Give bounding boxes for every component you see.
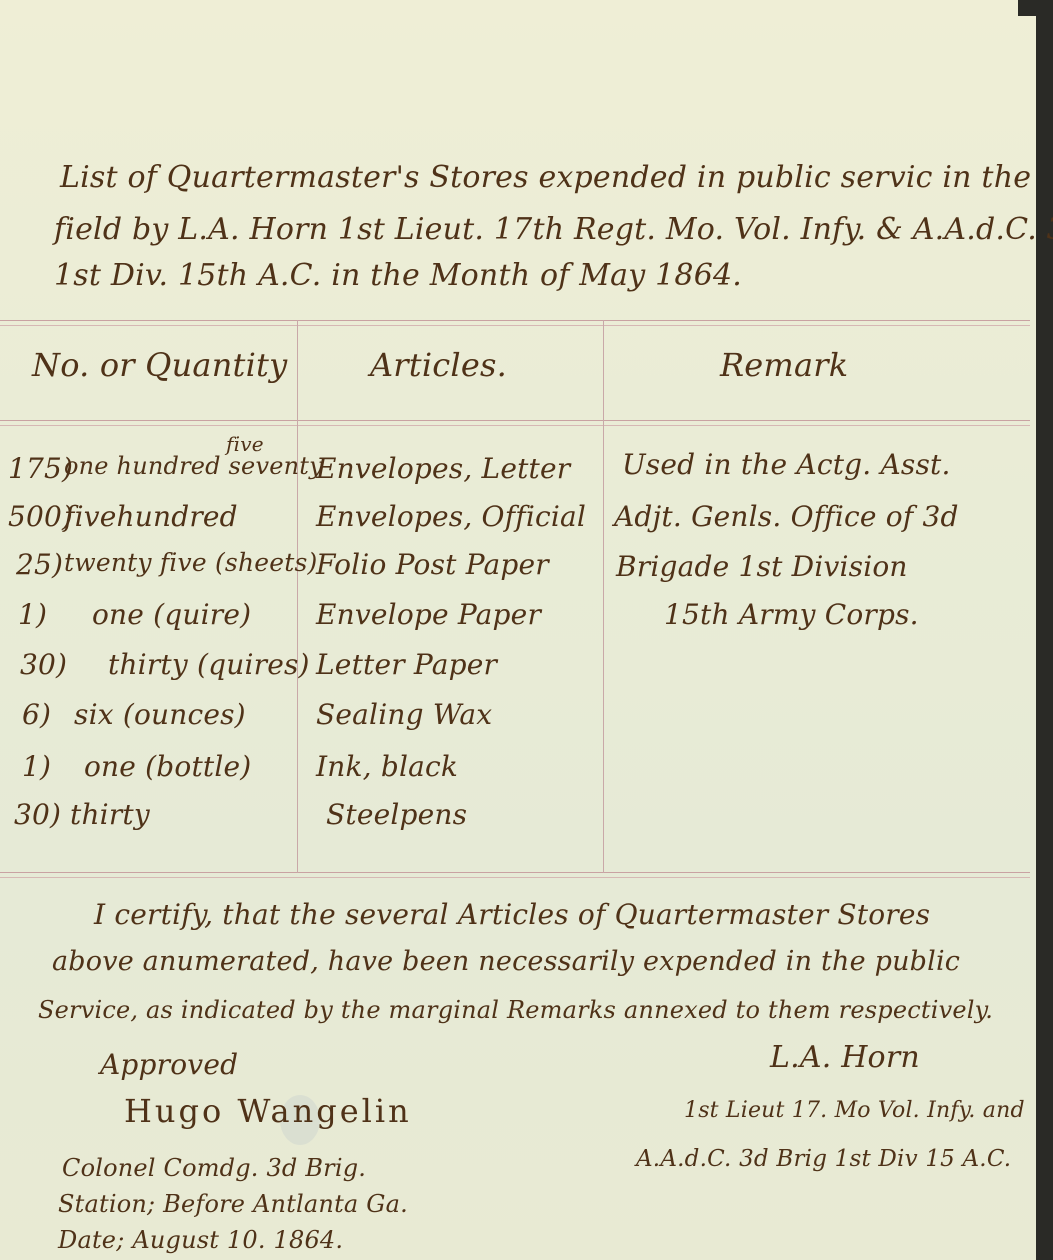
page-corner-notch (1018, 0, 1036, 16)
header-quantity: No. or Quantity (32, 346, 287, 384)
row-5-number: 30) (20, 648, 67, 681)
row-8-article: Steelpens (326, 798, 467, 831)
row-1-quantity: one hundred seventy (64, 452, 323, 480)
document-page: List of Quartermaster's Stores expended … (0, 0, 1036, 1260)
approver-signature: Hugo Wangelin (124, 1092, 412, 1130)
row-6-article: Sealing Wax (316, 698, 492, 731)
row-5-article: Letter Paper (316, 648, 497, 681)
date-line: Date; August 10. 1864. (58, 1226, 343, 1254)
table-top-rule (0, 320, 1030, 321)
approver-title: Colonel Comdg. 3d Brig. (62, 1154, 366, 1182)
row-7-number: 1) (22, 750, 51, 783)
row-8-quantity: thirty (70, 798, 150, 831)
signer-title-line-2: A.A.d.C. 3d Brig 1st Div 15 A.C. (636, 1146, 1011, 1172)
row-3-article: Folio Post Paper (316, 548, 549, 581)
row-6-number: 6) (22, 698, 51, 731)
certification-line-2: above anumerated, have been necessarily … (52, 946, 960, 977)
title-line-3: 1st Div. 15th A.C. in the Month of May 1… (54, 258, 742, 293)
certification-line-1: I certify, that the several Articles of … (94, 898, 930, 931)
title-line-2: field by L.A. Horn 1st Lieut. 17th Regt.… (54, 212, 1053, 247)
row-4-article: Envelope Paper (316, 598, 541, 631)
remark-line-3: Brigade 1st Division (616, 550, 908, 583)
row-2-article: Envelopes, Official (316, 500, 586, 533)
row-7-quantity: one (bottle) (84, 750, 251, 783)
header-articles: Articles. (370, 346, 507, 384)
row-2-quantity: fivehundred (64, 500, 238, 533)
row-3-quantity: twenty five (sheets) (64, 548, 317, 577)
row-8-number: 30) (14, 798, 61, 831)
row-6-quantity: six (ounces) (74, 698, 246, 731)
title-line-1: List of Quartermaster's Stores expended … (60, 160, 1031, 195)
row-3-number: 25) (16, 548, 63, 581)
header-remark: Remark (720, 346, 848, 384)
signer-title-line-1: 1st Lieut 17. Mo Vol. Infy. and (684, 1098, 1025, 1123)
row-4-number: 1) (18, 598, 47, 631)
approved-label: Approved (100, 1048, 238, 1081)
column-divider-1 (297, 320, 298, 873)
row-4-quantity: one (quire) (92, 598, 251, 631)
remark-line-2: Adjt. Genls. Office of 3d (614, 500, 959, 533)
signer-signature: L.A. Horn (770, 1040, 920, 1075)
row-5-quantity: thirty (quires) (108, 648, 310, 681)
column-divider-2 (603, 320, 604, 873)
station-line: Station; Before Antlanta Ga. (58, 1190, 408, 1218)
table-bottom-rule (0, 872, 1030, 873)
remark-line-1: Used in the Actg. Asst. (622, 448, 951, 481)
header-bottom-rule (0, 420, 1030, 421)
remark-line-4: 15th Army Corps. (664, 598, 919, 631)
row-7-article: Ink, black (316, 750, 458, 783)
row-1-article: Envelopes, Letter (316, 452, 570, 485)
certification-line-3: Service, as indicated by the marginal Re… (38, 996, 993, 1024)
